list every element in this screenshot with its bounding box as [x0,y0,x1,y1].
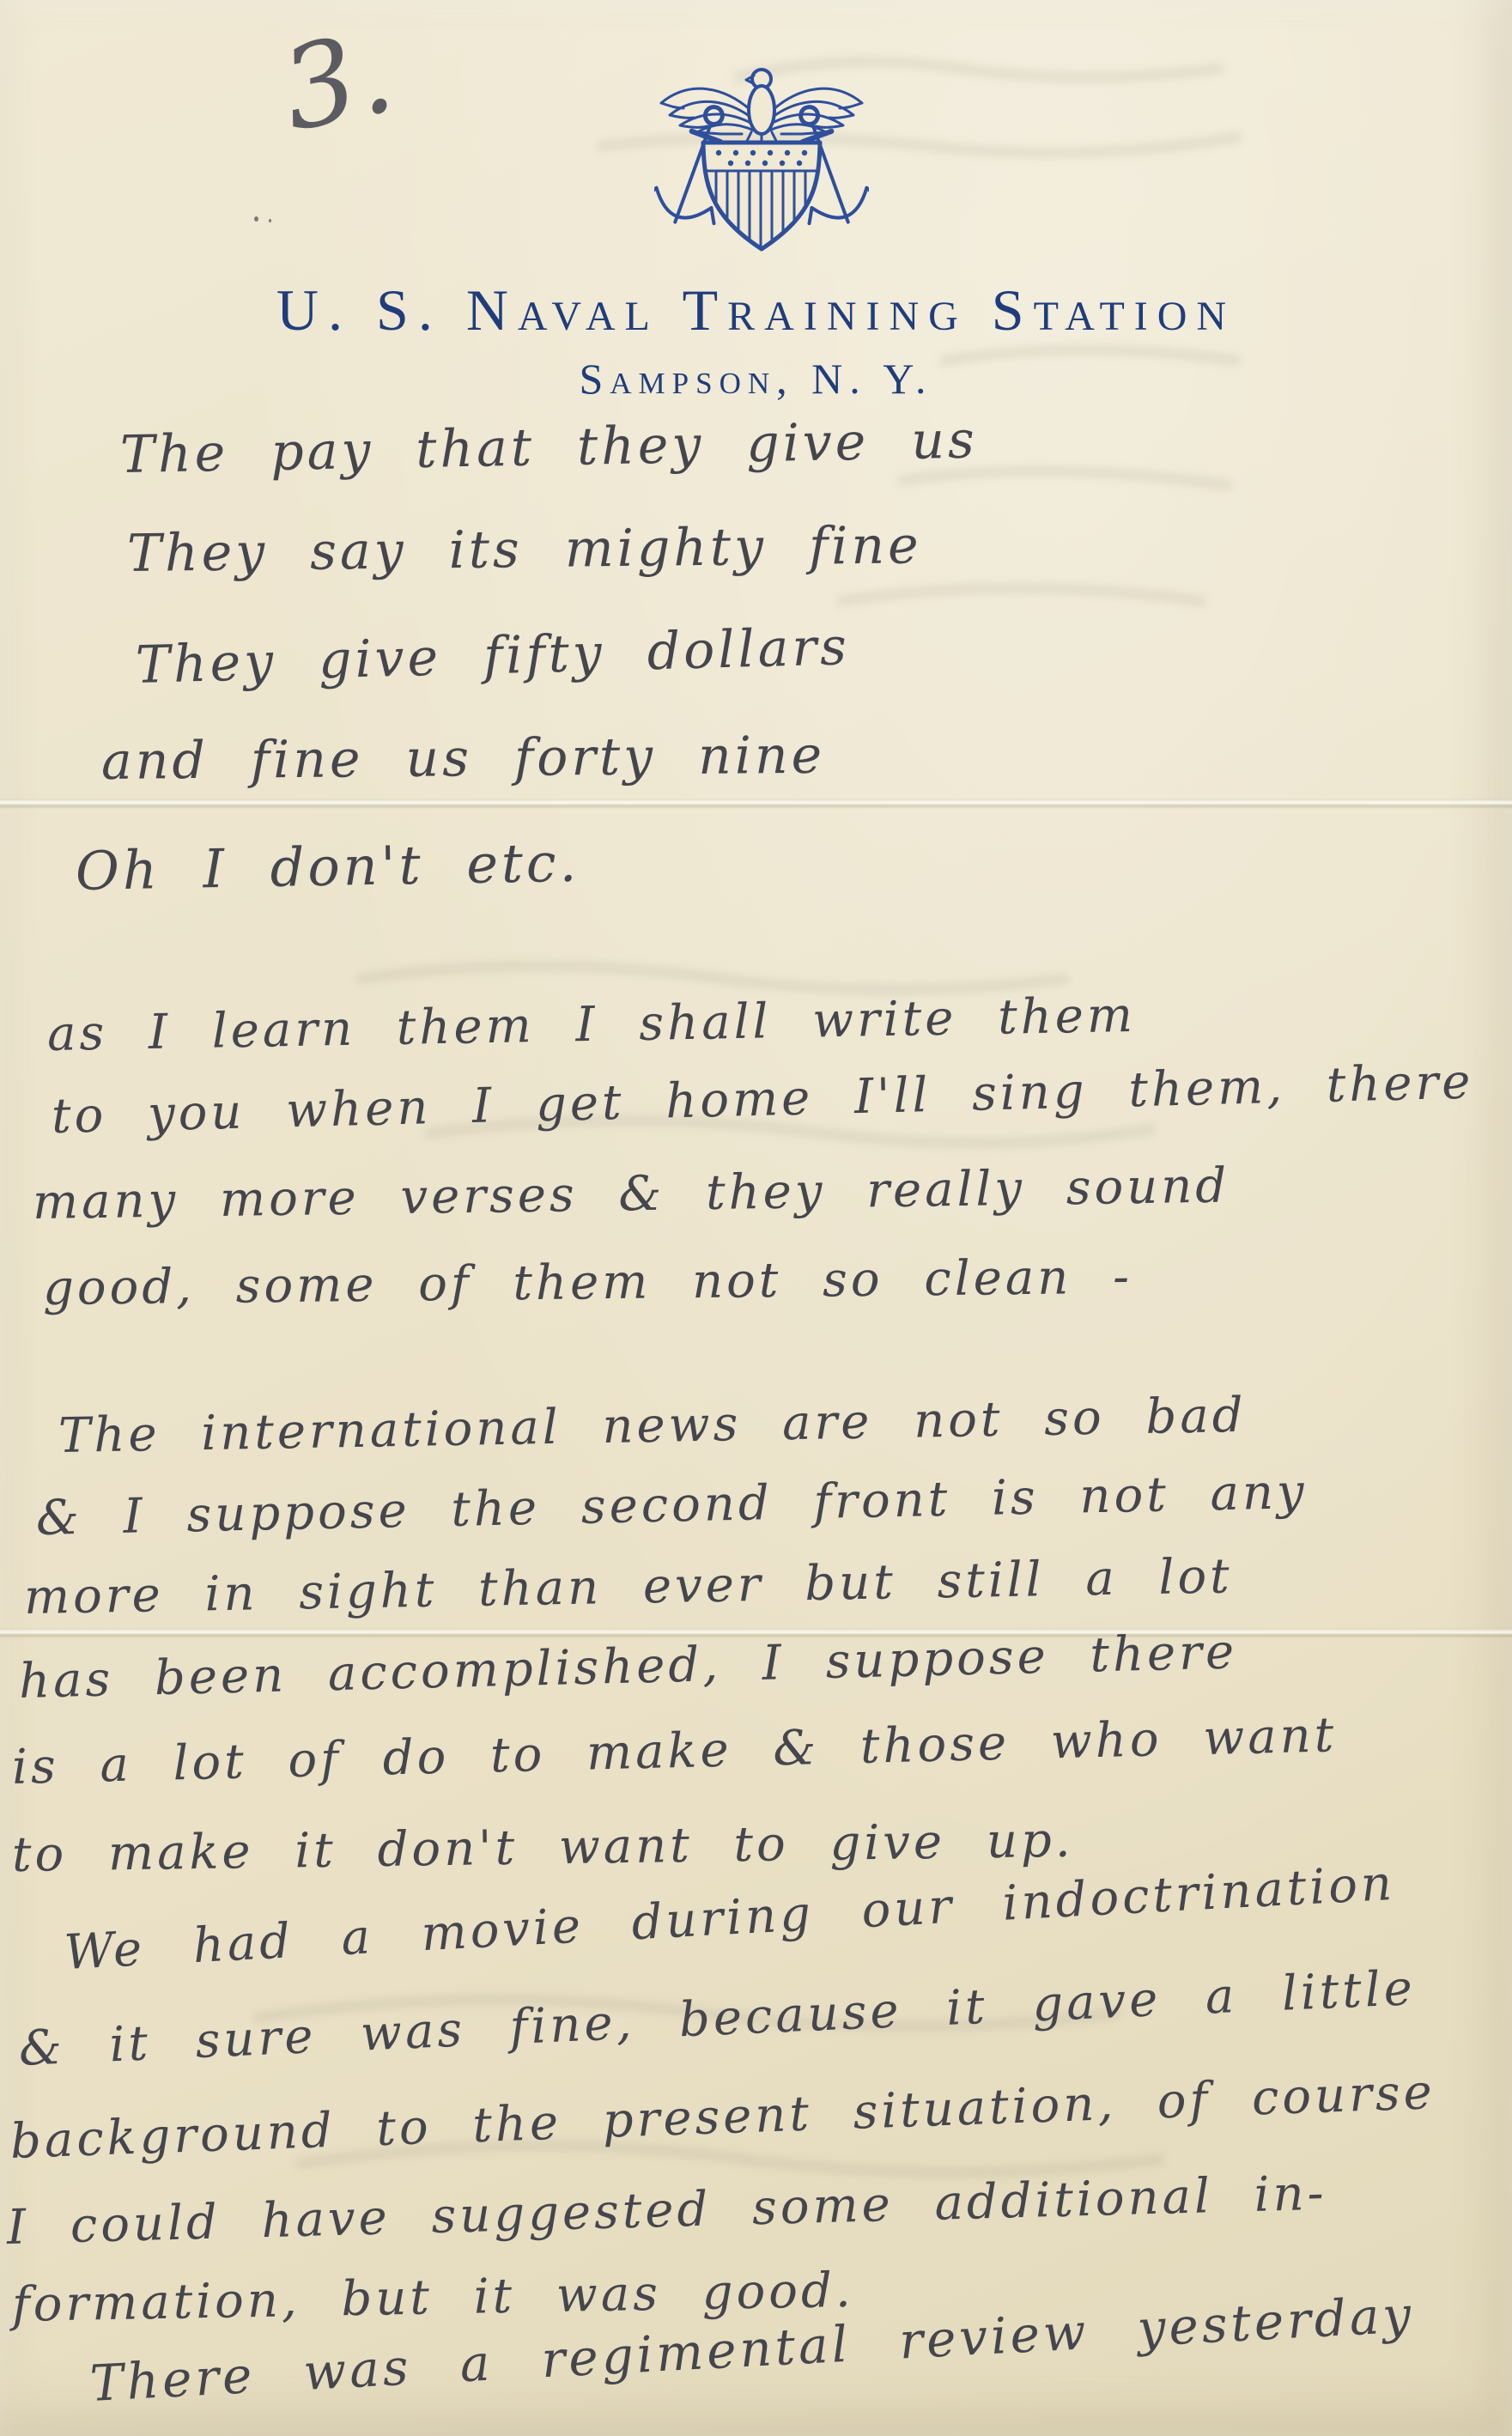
letterhead-station-name: U. S. Naval Training Station [0,276,1512,344]
ink-specks [254,216,258,222]
handwritten-line: good, some of them not so clean - [43,1249,1133,1316]
handwritten-line: and fine us forty nine [101,726,826,792]
handwritten-line: They say its mighty fine [127,515,922,584]
handwritten-line: Oh I don't etc. [75,831,580,902]
letter-page: 3. [0,0,1512,2436]
letterhead-location: Sampson, N. Y. [0,354,1512,404]
navy-crest-icon [654,38,869,263]
fold-crease [0,799,1512,809]
